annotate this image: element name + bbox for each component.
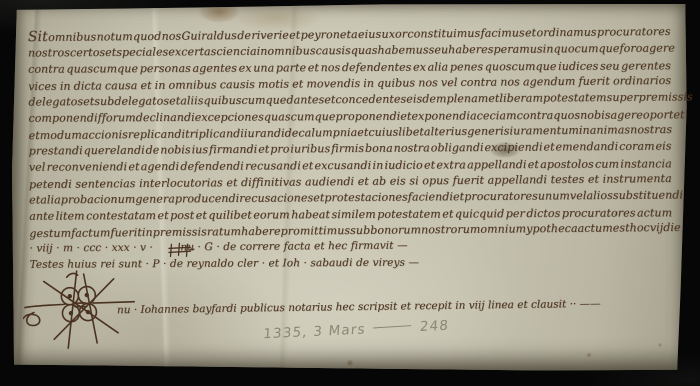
pencil-date: 1335, 3 Mars xyxy=(263,321,367,342)
manuscript-content: SitomnibusnotumquodnosGuiraldusderiverie… xyxy=(0,0,700,386)
pencil-dash xyxy=(373,325,411,328)
manuscript-text-block: SitomnibusnotumquodnosGuiraldusderiverie… xyxy=(28,24,673,274)
pencil-archive-number: 248 xyxy=(419,318,450,335)
notary-monogram-icon xyxy=(168,242,194,258)
pencil-annotation: 1335, 3 Mars 248 xyxy=(263,318,450,343)
notary-subscription-line: nu · Iohannes bayfardi publicus notarius… xyxy=(117,297,637,316)
